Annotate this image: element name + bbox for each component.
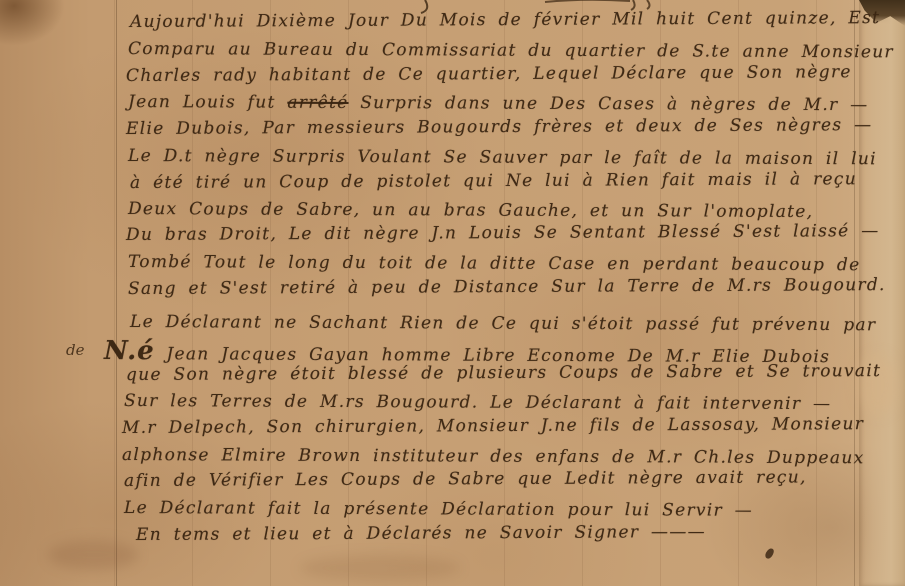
manuscript-line: que Son nègre étoit blessé de plusieurs … <box>126 361 881 385</box>
line-segment: Surpris dans une Des Cases à nègres de M… <box>349 93 869 115</box>
manuscript-line: Le Déclarant ne Sachant Rien de Ce qui s… <box>130 312 876 335</box>
manuscript-line: Deux Coups de Sabre, un au bras Gauche, … <box>128 199 813 222</box>
manuscript-line: à été tiré un Coup de pistolet qui Ne lu… <box>130 169 857 193</box>
manuscript-line: Tombé Tout le long du toit de la ditte C… <box>128 252 861 275</box>
paper-stain <box>300 555 460 581</box>
line-segment: Jean Louis fut <box>128 92 287 113</box>
manuscript-line: afin de Vérifier Les Coups de Sabre que … <box>124 467 807 491</box>
margin-rule-left <box>116 0 117 586</box>
manuscript-line: Aujourd'hui Dixième Jour Du Mois de févr… <box>130 8 880 32</box>
manuscript-line: Jean Louis fut arrêté Surpris dans une D… <box>128 92 869 115</box>
manuscript-line: Comparu au Bureau du Commissariat du qua… <box>128 39 894 62</box>
manuscript-line: Le D.t nègre Surpris Voulant Se Sauver p… <box>128 146 877 169</box>
manuscript-line: alphonse Elmire Brown instituteur des en… <box>122 445 865 468</box>
enlarged-initial: N.é <box>104 336 155 366</box>
manuscript-line: Du bras Droit, Le dit nègre J.n Louis Se… <box>126 221 880 245</box>
manuscript-line: Elie Dubois, Par messieurs Bougourds frè… <box>126 115 873 139</box>
manuscript-line: M.r Delpech, Son chirurgien, Monsieur J.… <box>122 414 864 438</box>
paper-stain <box>48 540 138 570</box>
manuscript-line: Sang et S'est retiré à peu de Distance S… <box>128 275 886 299</box>
struck-word: arrêté <box>287 93 348 113</box>
manuscript-line: Le Déclarant fait la présente Déclaratio… <box>124 498 753 521</box>
manuscript-line: Sur les Terres de M.rs Bougourd. Le Décl… <box>124 391 831 414</box>
margin-word: de <box>66 341 84 359</box>
manuscript-line: Charles rady habitant de Ce quartier, Le… <box>126 62 852 86</box>
manuscript-line: En tems et lieu et à Déclarés ne Savoir … <box>136 522 706 545</box>
manuscript-page: Aujourd'hui Dixième Jour Du Mois de févr… <box>0 0 905 586</box>
ink-blot <box>764 547 775 560</box>
